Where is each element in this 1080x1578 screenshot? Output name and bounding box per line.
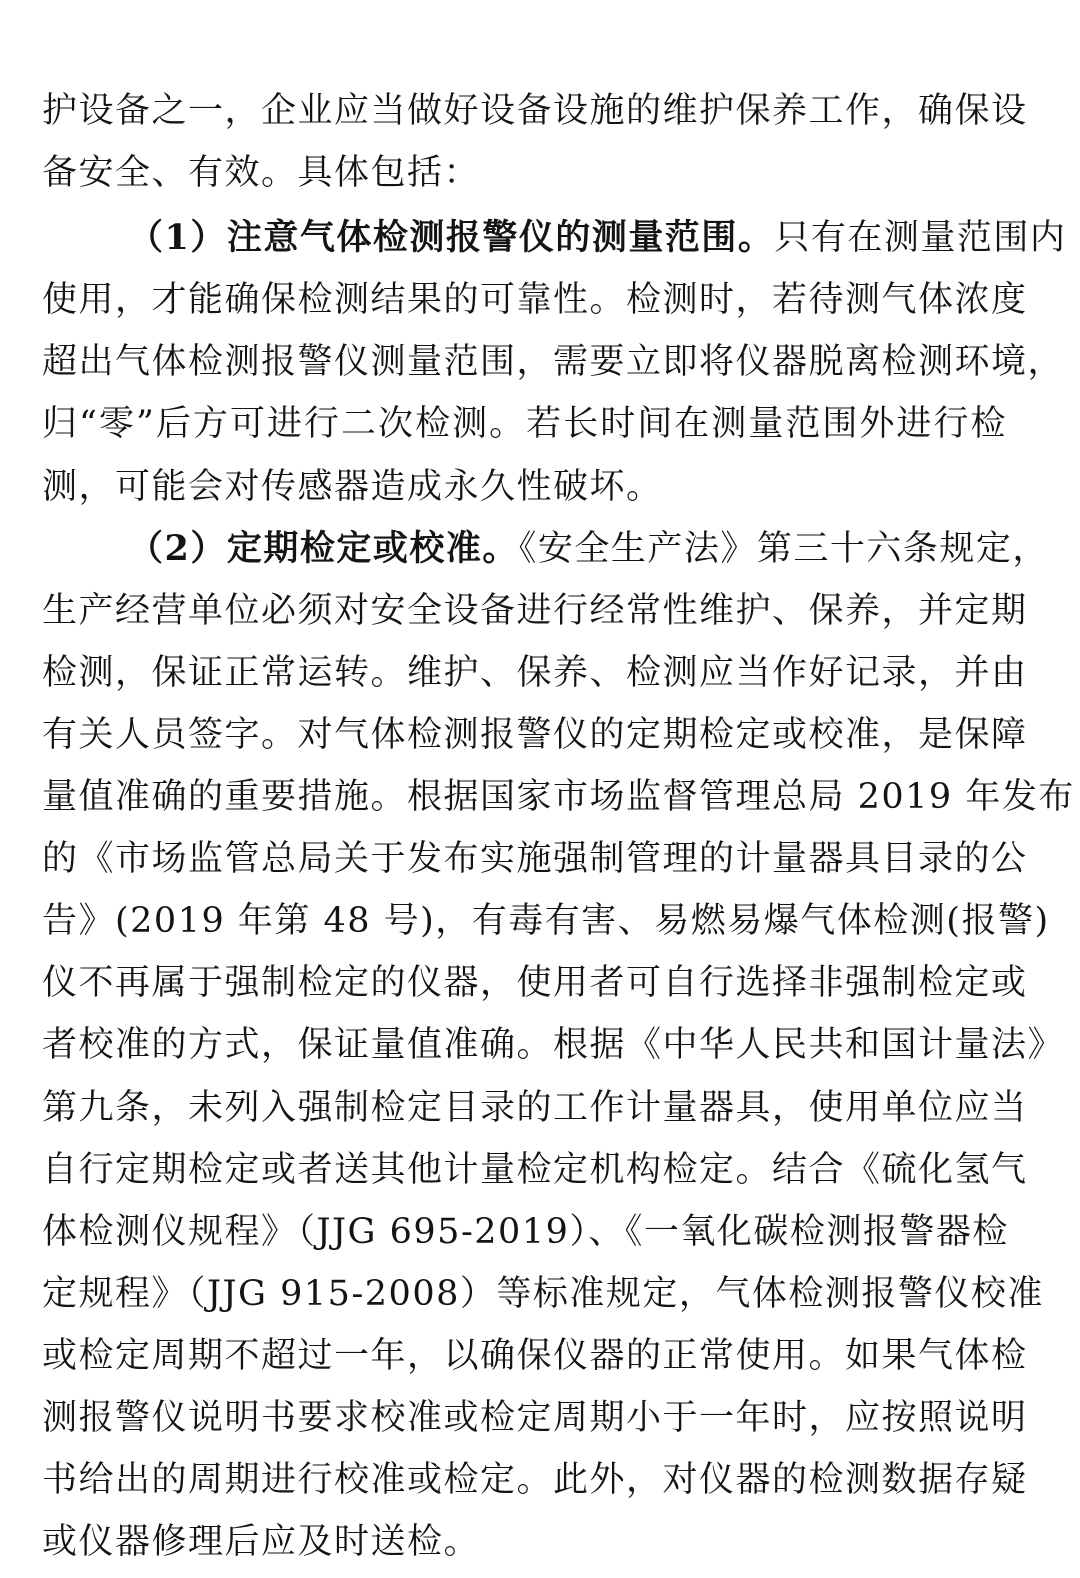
item2-heading-line: （2）定期检定或校准。《安全生产法》第三十六条规定，	[128, 518, 1007, 580]
item2-heading: （2）定期检定或校准。	[128, 528, 519, 569]
intro-line: 护设备之一，企业应当做好设备设施的维护保养工作，确保设	[42, 80, 1007, 142]
item2-line: 有关人员签字。对气体检测报警仪的定期检定或校准，是保障	[42, 704, 1007, 766]
item1-line: 使用，才能确保检测结果的可靠性。检测时，若待测气体浓度	[42, 269, 1007, 331]
item1-heading-line: （1）注意气体检测报警仪的测量范围。只有在测量范围内	[128, 207, 1007, 269]
item2-line: 定规程》（JJG 915-2008）等标准规定，气体检测报警仪校准	[42, 1263, 1007, 1325]
item2-line: 测报警仪说明书要求校准或检定周期小于一年时，应按照说明	[42, 1387, 1007, 1449]
item2-line: 生产经营单位必须对安全设备进行经常性维护、保养，并定期	[42, 580, 1007, 642]
item1-heading: （1）注意气体检测报警仪的测量范围。	[128, 217, 774, 258]
document-page: 护设备之一，企业应当做好设备设施的维护保养工作，确保设 备安全、有效。具体包括：…	[0, 0, 1080, 1578]
item2-line: 体检测仪规程》（JJG 695-2019）、《一氧化碳检测报警器检	[42, 1201, 1007, 1263]
item2-line: 第九条，未列入强制检定目录的工作计量器具，使用单位应当	[42, 1077, 1007, 1139]
item2-line: 仪不再属于强制检定的仪器，使用者可自行选择非强制检定或	[42, 952, 1007, 1014]
item2-line: 告》(2019 年第 48 号)，有毒有害、易燃易爆气体检测(报警)	[42, 890, 1007, 952]
intro-line: 备安全、有效。具体包括：	[42, 142, 1007, 204]
item1-line: 超出气体检测报警仪测量范围，需要立即将仪器脱离检测环境，	[42, 331, 1007, 393]
item2-line: 或检定周期不超过一年，以确保仪器的正常使用。如果气体检	[42, 1325, 1007, 1387]
item2-line: 自行定期检定或者送其他计量检定机构检定。结合《硫化氢气	[42, 1139, 1007, 1201]
item1-text: 只有在测量范围内	[774, 218, 1066, 258]
item2-line: 或仪器修理后应及时送检。	[42, 1511, 1007, 1573]
item2-line: 量值准确的重要措施。根据国家市场监督管理总局 2019 年发布	[42, 766, 1007, 828]
item2-line: 的《市场监管总局关于发布实施强制管理的计量器具目录的公	[42, 828, 1007, 890]
item2-line: 书给出的周期进行校准或检定。此外，对仪器的检测数据存疑	[42, 1449, 1007, 1511]
item1-line: 归“零”后方可进行二次检测。若长时间在测量范围外进行检	[42, 393, 1007, 455]
item2-line: 检测，保证正常运转。维护、保养、检测应当作好记录，并由	[42, 642, 1007, 704]
item2-line: 者校准的方式，保证量值准确。根据《中华人民共和国计量法》	[42, 1014, 1007, 1076]
item1-line: 测，可能会对传感器造成永久性破坏。	[42, 456, 1007, 518]
item2-text: 《安全生产法》第三十六条规定，	[519, 529, 1049, 569]
